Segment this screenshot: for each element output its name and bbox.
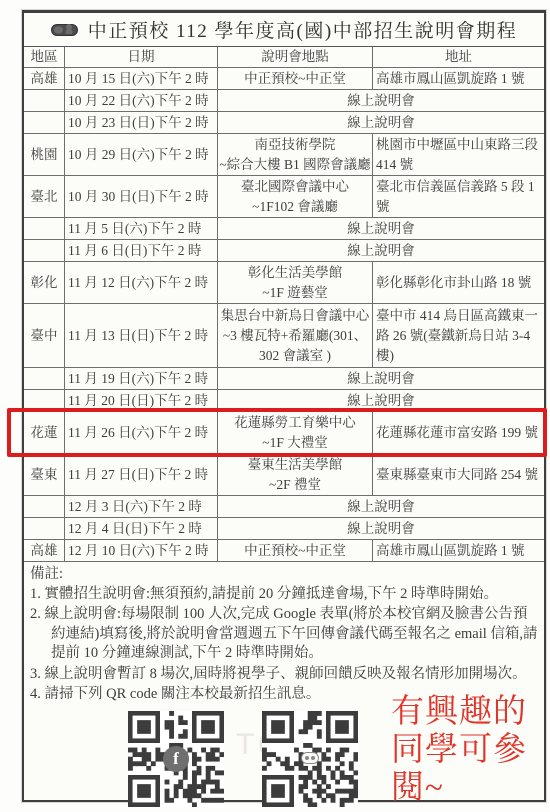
header-region: 地區: [24, 47, 65, 67]
address-cell: 臺北市信義區信義路 5 段 1 號: [373, 176, 544, 217]
online-session-cell: 線上說明會: [218, 218, 544, 239]
online-session-cell: 線上說明會: [218, 90, 544, 111]
table-row: 12 月 3 日(六)下午 2 時線上說明會: [24, 496, 544, 518]
address-cell: 臺東縣臺東市大同路 254 號: [373, 454, 544, 495]
date-cell: 11 月 12 日(六)下午 2 時: [65, 262, 218, 303]
address-cell: 彰化縣彰化市卦山路 18 號: [373, 262, 544, 303]
handwritten-annotation: 有興趣的同學可參閱~: [391, 693, 543, 807]
venue-cell: 中正預校~中正堂: [218, 540, 373, 561]
venue-cell: 中正預校~中正堂: [218, 68, 373, 89]
date-cell: 10 月 23 日(日)下午 2 時: [65, 112, 218, 133]
table-row: 10 月 23 日(日)下午 2 時線上說明會: [24, 112, 544, 134]
date-cell: 11 月 26 日(六)下午 2 時: [65, 412, 218, 453]
region-cell: [24, 112, 65, 133]
online-session-cell: 線上說明會: [218, 368, 544, 389]
date-cell: 11 月 6 日(日)下午 2 時: [65, 240, 218, 261]
table-row: 臺東11 月 27 日(日)下午 2 時臺東生活美學館 ~2F 禮堂臺東縣臺東市…: [24, 454, 544, 496]
venue-cell: 花蓮縣勞工育樂中心 ~1F 大禮堂: [218, 412, 373, 453]
header-address: 地址: [373, 47, 544, 67]
region-cell: [24, 496, 65, 517]
table-row: 高雄10 月 15 日(六)下午 2 時中正預校~中正堂高雄市鳳山區凱旋路 1 …: [24, 68, 544, 90]
notes-title: 備註:: [30, 565, 539, 585]
table-row: 臺北10 月 30 日(日)下午 2 時臺北國際會議中心 ~1F102 會議廳臺…: [24, 176, 544, 218]
date-cell: 11 月 13 日(日)下午 2 時: [65, 304, 218, 367]
date-cell: 10 月 29 日(六)下午 2 時: [65, 134, 218, 175]
region-cell: [24, 218, 65, 239]
facebook-qr-code: f: [128, 711, 224, 807]
region-cell: 花蓮: [24, 412, 65, 453]
address-cell: 高雄市鳳山區凱旋路 1 號: [373, 540, 544, 561]
region-cell: 彰化: [24, 262, 65, 303]
online-session-cell: 線上說明會: [218, 496, 544, 517]
address-cell: 高雄市鳳山區凱旋路 1 號: [373, 68, 544, 89]
schedule-rows: 高雄10 月 15 日(六)下午 2 時中正預校~中正堂高雄市鳳山區凱旋路 1 …: [24, 68, 544, 562]
page-title: 中正預校 112 學年度高(國)中部招生說明會期程: [88, 16, 517, 43]
region-cell: [24, 518, 65, 539]
online-session-cell: 線上說明會: [218, 112, 544, 133]
note-item-1: 1. 實體招生說明會:無須預約,請提前 20 分鐘抵達會場,下午 2 時準時開始…: [30, 585, 539, 605]
venue-cell: 彰化生活美學館 ~1F 遊藝堂: [218, 262, 373, 303]
header-venue: 說明會地點: [218, 47, 373, 67]
table-row: 11 月 6 日(日)下午 2 時線上說明會: [24, 240, 544, 262]
scanned-document-page: { "page": { "title": "中正預校 112 學年度高(國)中部…: [0, 0, 550, 812]
header-date: 日期: [65, 47, 218, 67]
date-cell: 10 月 15 日(六)下午 2 時: [65, 68, 218, 89]
date-cell: 12 月 4 日(日)下午 2 時: [65, 518, 218, 539]
online-session-cell: 線上說明會: [218, 518, 544, 539]
region-cell: [24, 390, 65, 411]
address-cell: 桃園市中壢區中山東路三段 414 號: [373, 134, 544, 175]
region-cell: 臺中: [24, 304, 65, 367]
table-row: 11 月 20 日(日)下午 2 時線上說明會: [24, 390, 544, 412]
table-row: 12 月 4 日(日)下午 2 時線上說明會: [24, 518, 544, 540]
note-item-2: 2. 線上說明會:每場限制 100 人次,完成 Google 表單(將於本校官網…: [30, 605, 539, 664]
date-cell: 10 月 22 日(六)下午 2 時: [65, 90, 218, 111]
document-frame: 中正預校 112 學年度高(國)中部招生說明會期程 地區 日期 說明會地點 地址…: [22, 10, 546, 802]
note-item-3: 3. 線上說明會暫訂 8 場次,屆時將視學子、親師回饋反映及報名情形加開場次。: [30, 665, 539, 685]
address-cell: 花蓮縣花蓮市富安路 199 號: [373, 412, 544, 453]
table-row: 桃園10 月 29 日(六)下午 2 時南亞技術學院 ~綜合大樓 B1 國際會議…: [24, 134, 544, 176]
region-cell: 高雄: [24, 540, 65, 561]
school-emblem-small-icon: [301, 752, 319, 764]
table-row: 10 月 22 日(六)下午 2 時線上說明會: [24, 90, 544, 112]
region-cell: 高雄: [24, 68, 65, 89]
table-row: 花蓮11 月 26 日(六)下午 2 時花蓮縣勞工育樂中心 ~1F 大禮堂花蓮縣…: [24, 412, 544, 454]
date-cell: 11 月 19 日(六)下午 2 時: [65, 368, 218, 389]
venue-cell: 臺東生活美學館 ~2F 禮堂: [218, 454, 373, 495]
venue-cell: 臺北國際會議中心 ~1F102 會議廳: [218, 176, 373, 217]
venue-cell: 南亞技術學院 ~綜合大樓 B1 國際會議廳: [218, 134, 373, 175]
venue-cell: 集思台中新烏日會議中心 ~3 樓瓦特+希羅廳(301、 302 會議室 ): [218, 304, 373, 367]
table-row: 高雄12 月 10 日(六)下午 2 時中正預校~中正堂高雄市鳳山區凱旋路 1 …: [24, 540, 544, 562]
date-cell: 11 月 20 日(日)下午 2 時: [65, 390, 218, 411]
table-row: 臺中11 月 13 日(日)下午 2 時集思台中新烏日會議中心 ~3 樓瓦特+希…: [24, 304, 544, 368]
document-title-bar: 中正預校 112 學年度高(國)中部招生說明會期程: [24, 13, 544, 47]
online-session-cell: 線上說明會: [218, 240, 544, 261]
table-row: 11 月 5 日(六)下午 2 時線上說明會: [24, 218, 544, 240]
date-cell: 10 月 30 日(日)下午 2 時: [65, 176, 218, 217]
date-cell: 11 月 27 日(日)下午 2 時: [65, 454, 218, 495]
school-emblem-icon: [51, 23, 78, 37]
date-cell: 12 月 10 日(六)下午 2 時: [65, 540, 218, 561]
online-session-cell: 線上說明會: [218, 390, 544, 411]
date-cell: 11 月 5 日(六)下午 2 時: [65, 218, 218, 239]
region-cell: 臺東: [24, 454, 65, 495]
date-cell: 12 月 3 日(六)下午 2 時: [65, 496, 218, 517]
table-row: 彰化11 月 12 日(六)下午 2 時彰化生活美學館 ~1F 遊藝堂彰化縣彰化…: [24, 262, 544, 304]
address-cell: 臺中市 414 烏日區高鐵東一路 26 號(臺鐵新烏日站 3-4 樓): [373, 304, 544, 367]
region-cell: [24, 368, 65, 389]
region-cell: 桃園: [24, 134, 65, 175]
region-cell: 臺北: [24, 176, 65, 217]
notes-section: 備註: 1. 實體招生說明會:無須預約,請提前 20 分鐘抵達會場,下午 2 時…: [24, 562, 544, 807]
school-site-qr-code: [262, 711, 358, 807]
region-cell: [24, 240, 65, 261]
facebook-icon: f: [163, 746, 189, 772]
table-header-row: 地區 日期 說明會地點 地址: [24, 47, 544, 68]
region-cell: [24, 90, 65, 111]
table-row: 11 月 19 日(六)下午 2 時線上說明會: [24, 368, 544, 390]
